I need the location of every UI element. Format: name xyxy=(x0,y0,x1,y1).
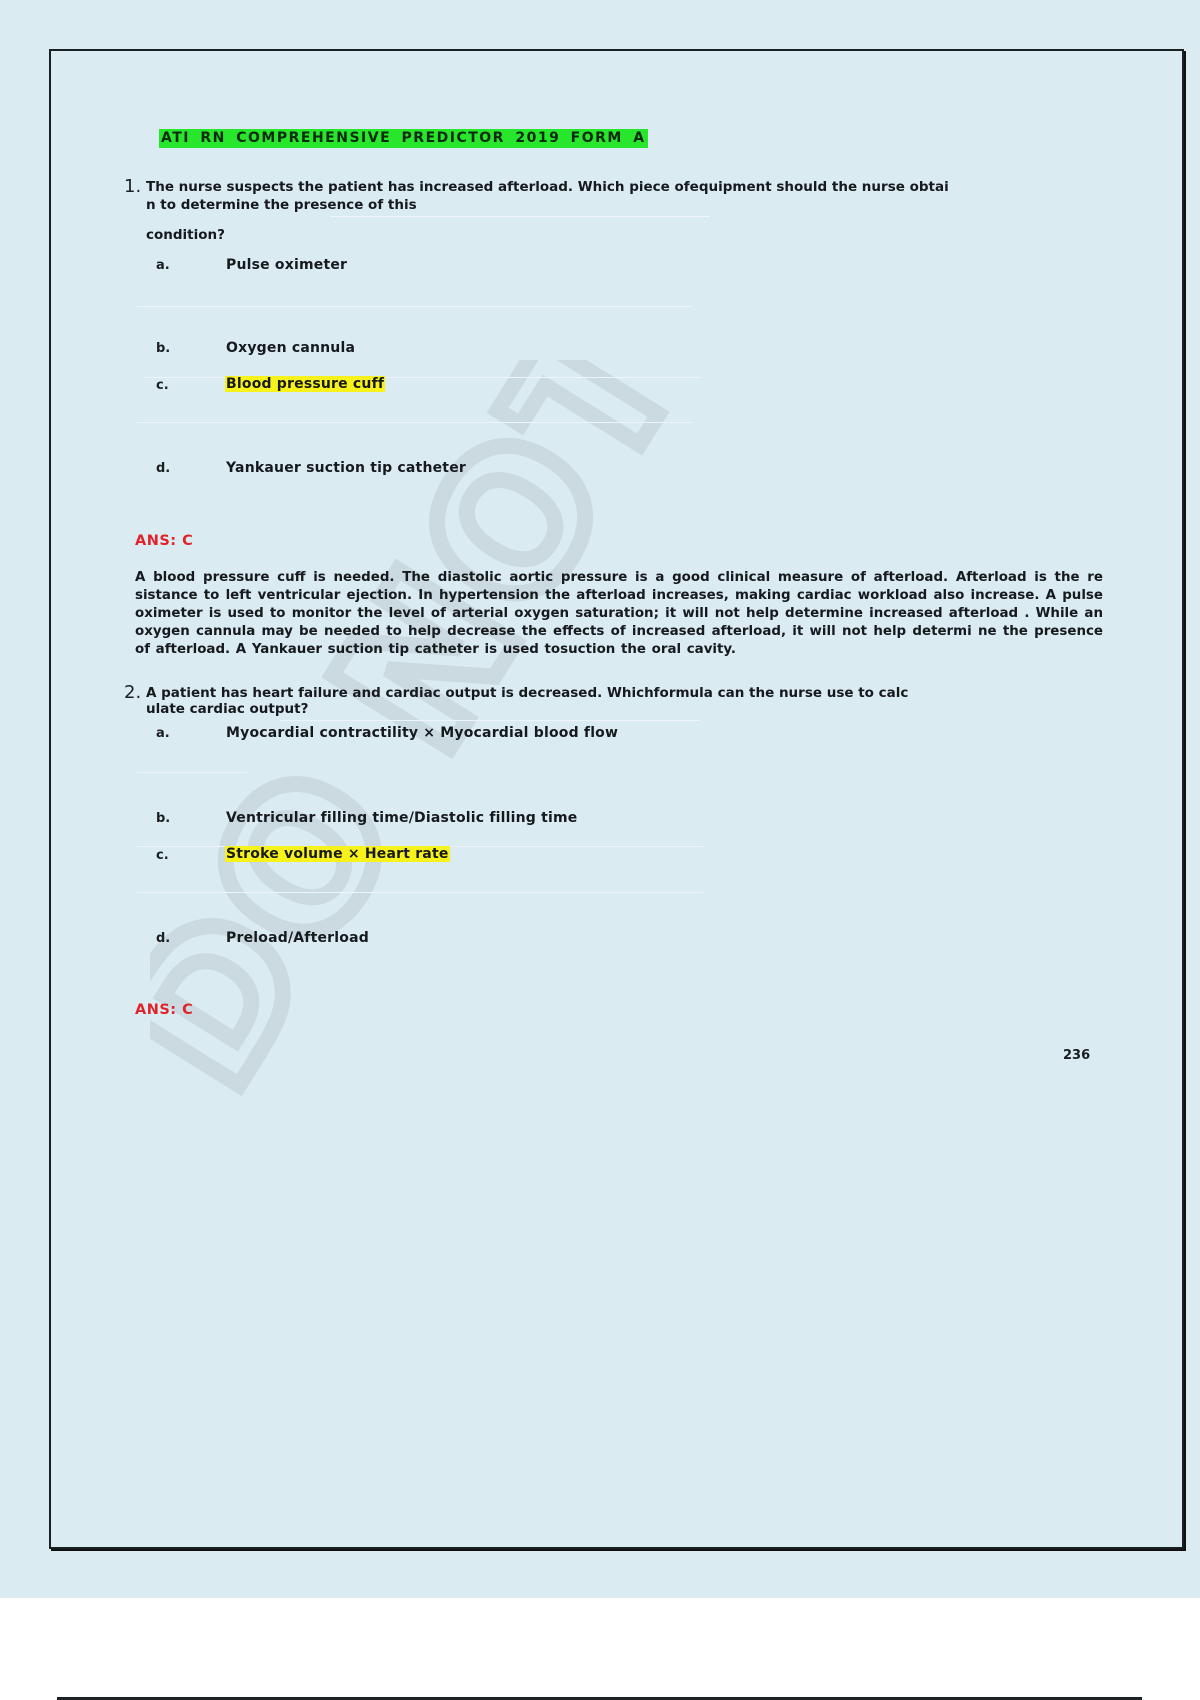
rationale-text: A blood pressure cuff is needed. The dia… xyxy=(135,569,1103,659)
page-frame xyxy=(49,49,1184,1549)
answer-label: ANS: C xyxy=(135,533,193,549)
divider xyxy=(280,720,700,721)
page-number: 236 xyxy=(1063,1048,1090,1063)
divider xyxy=(137,772,247,773)
question-number: 1. xyxy=(124,176,141,197)
document-title: ATI RN COMPREHENSIVE PREDICTOR 2019 FORM… xyxy=(159,129,648,148)
correct-answer-highlight: Blood pressure cuff xyxy=(225,376,385,392)
question-number: 2. xyxy=(124,682,141,703)
divider xyxy=(137,422,693,423)
divider xyxy=(137,306,693,307)
answer-label: ANS: C xyxy=(135,1002,193,1018)
correct-answer-highlight: Stroke volume × Heart rate xyxy=(225,846,450,862)
divider xyxy=(330,216,710,217)
divider xyxy=(137,892,703,893)
